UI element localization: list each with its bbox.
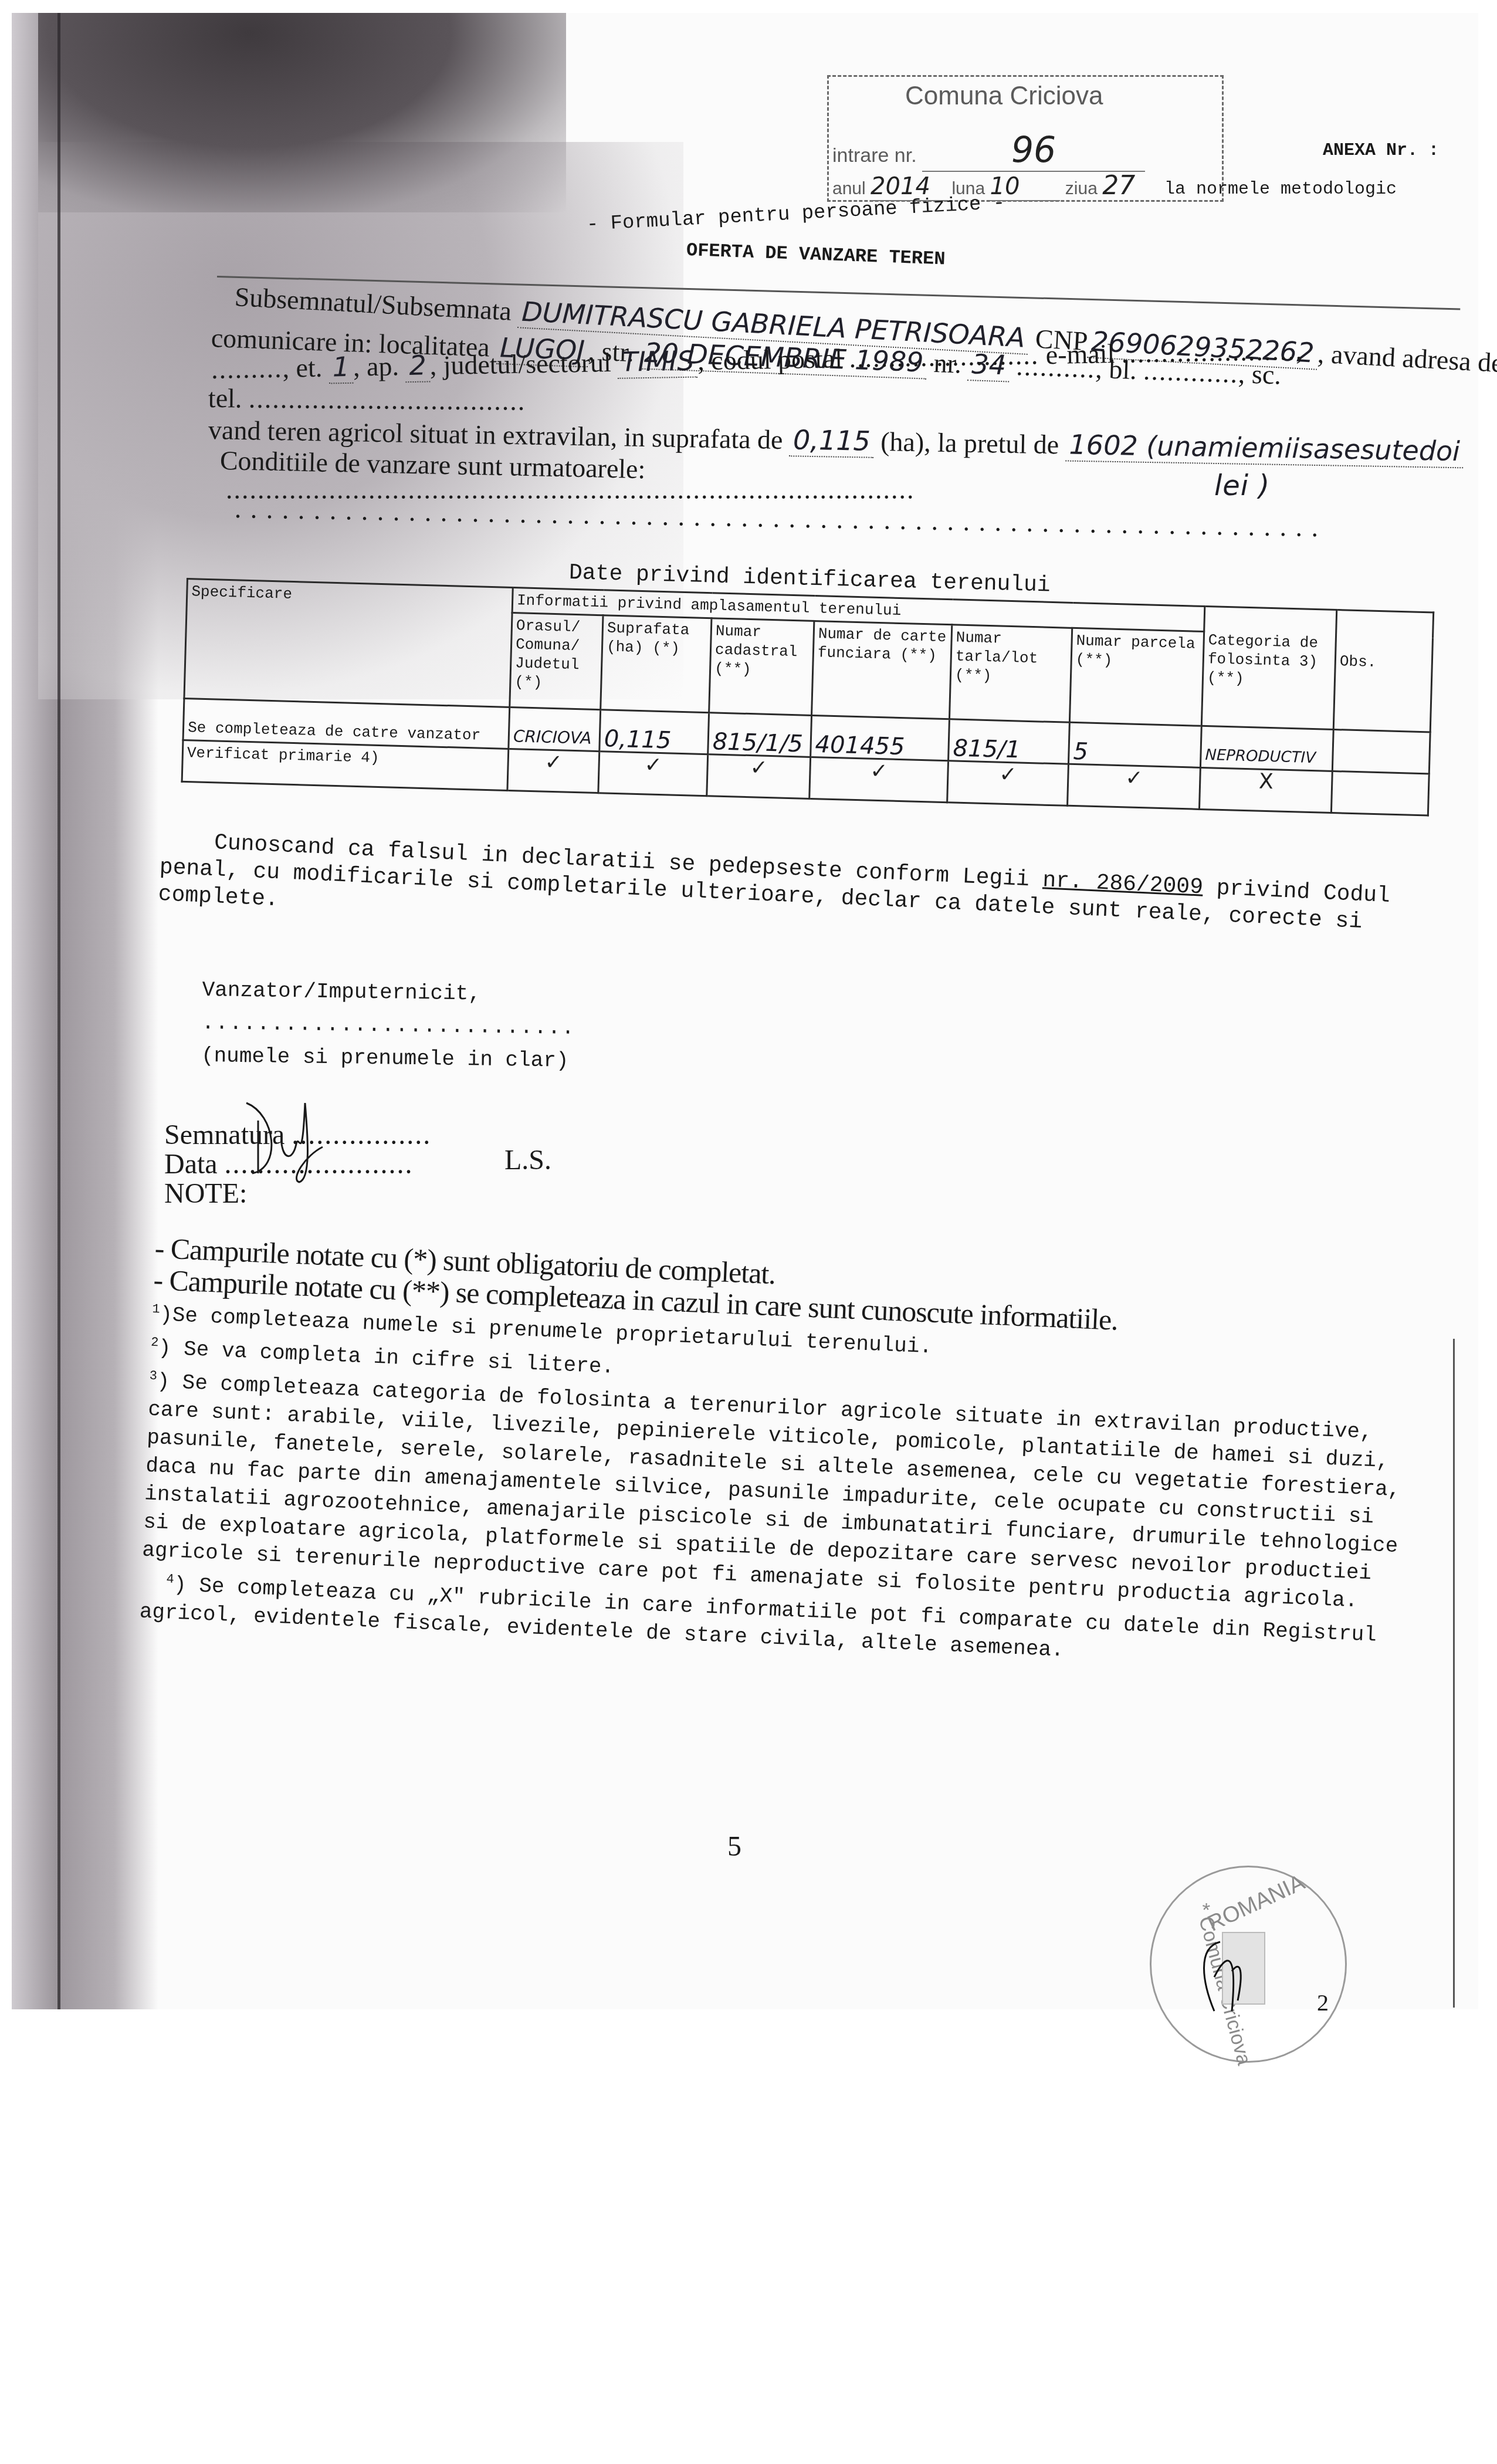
seal-mark: 2 xyxy=(1317,1989,1329,2016)
page-edge-line xyxy=(57,13,60,2009)
cell-parcel[interactable]: 5 xyxy=(1068,722,1201,767)
page-number: 5 xyxy=(727,1830,741,1863)
label-judet: judetul/sectorul xyxy=(443,347,611,380)
phone-line: tel. ................................... xyxy=(208,383,526,417)
cell-cadastral[interactable]: 815/1/5 xyxy=(708,713,812,757)
col-parcel-header: Numar parcela (**) xyxy=(1069,628,1204,726)
stamp-year-label: anul xyxy=(832,179,866,198)
col-spec-header: Specificare xyxy=(184,579,513,708)
stamp-day: 27 xyxy=(1102,171,1135,201)
handwritten-signature-icon xyxy=(235,1091,340,1185)
phone-field[interactable]: ................................... xyxy=(249,384,526,416)
postal-code-field[interactable]: ........................ xyxy=(849,340,1039,373)
stamp-day-label: ziua xyxy=(1065,179,1098,198)
apartment-field[interactable]: 2 xyxy=(405,349,430,383)
seal-placeholder-ls: L.S. xyxy=(504,1144,551,1176)
col-city-header: Orasul/ Comuna/ Judetul (*) xyxy=(510,613,603,710)
land-table-wrap: Specificare Informatii privind amplasame… xyxy=(181,578,1435,816)
price-field-continuation: lei ) xyxy=(1214,469,1270,502)
date-label: Data xyxy=(164,1149,218,1180)
footnote-number: 2 xyxy=(151,1335,159,1351)
col-surface-header: Suprafata (ha) (*) xyxy=(601,615,712,713)
cell-tarla[interactable]: 815/1 xyxy=(949,719,1070,764)
seller-block: Vanzator/Imputernicit, .................… xyxy=(201,974,577,1078)
cell-surface[interactable]: 0,115 xyxy=(600,710,709,754)
label-price: (ha), la pretul de xyxy=(880,427,1059,459)
col-cadastral-header: Numar cadastral (**) xyxy=(709,618,814,716)
label-postal-code: codul postal xyxy=(711,343,842,375)
cell-city[interactable]: CRICIOVA xyxy=(509,707,601,751)
seller-label: Vanzator/Imputernicit, xyxy=(202,974,576,1012)
stamp-entry-number: 96 xyxy=(1011,130,1056,171)
stamp-entry-row: intrare nr. 96 xyxy=(832,130,1145,172)
col-tarla-header: Numar tarla/lot (**) xyxy=(949,625,1072,722)
surface-field[interactable]: 0,115 xyxy=(790,424,875,458)
footnote-number: 1 xyxy=(152,1302,160,1317)
floor-field[interactable]: 1 xyxy=(328,351,353,384)
check-mark-tarla[interactable]: ✓ xyxy=(947,761,1069,806)
footnote-number: 3 xyxy=(149,1369,157,1384)
seller-name-field[interactable]: ........................... xyxy=(201,1007,575,1045)
stamp-title: Comuna Criciova xyxy=(905,82,1103,111)
check-mark-city[interactable]: ✓ xyxy=(507,749,600,793)
cell-category[interactable]: NEPRODUCTIV xyxy=(1200,726,1333,771)
seller-name-hint: (numele si prenumele in clar) xyxy=(201,1040,575,1078)
annex-number: ANEXA Nr. : xyxy=(1323,141,1439,161)
row-label-verified: Verificat primarie 4) xyxy=(182,740,509,790)
cell-land-book[interactable]: 401455 xyxy=(811,715,950,760)
county-field[interactable]: TIMIS xyxy=(618,345,698,379)
price-field[interactable]: 1602 (unamiemiisasesutedoi xyxy=(1065,429,1464,469)
land-identification-table: Specificare Informatii privind amplasame… xyxy=(181,578,1435,816)
notes-section: - Campurile notate cu (*) sunt obligator… xyxy=(139,1232,1421,1679)
x-mark-category[interactable]: X xyxy=(1199,767,1332,813)
official-signature-icon xyxy=(1197,1936,1267,2012)
check-mark-parcel[interactable]: ✓ xyxy=(1068,764,1201,809)
label-tel: tel. xyxy=(208,383,242,413)
scan-shadow-top xyxy=(38,13,566,212)
check-mark-land-book[interactable]: ✓ xyxy=(810,757,949,802)
col-obs-header: Obs. xyxy=(1333,610,1433,732)
col-land-book-header: Numar de carte funciara (**) xyxy=(812,621,952,719)
label-email: e-mail xyxy=(1045,339,1115,370)
label-et: et. xyxy=(296,353,323,383)
email-field[interactable]: ...................... xyxy=(1121,336,1296,368)
page-edge-right xyxy=(1453,1339,1455,2008)
methodology-norms: la normele metodologic xyxy=(1164,180,1397,199)
label-ap: ap. xyxy=(367,351,399,381)
cell-obs[interactable] xyxy=(1332,729,1430,773)
check-mark-cadastral[interactable]: ✓ xyxy=(707,754,811,799)
seal-country: ROMANIA xyxy=(1204,1870,1309,1937)
col-category-header: Categoria de folosinta 3) (**) xyxy=(1201,606,1336,729)
stamp-entry-label: intrare nr. xyxy=(832,144,917,167)
check-mark-obs[interactable] xyxy=(1331,771,1429,815)
check-mark-surface[interactable]: ✓ xyxy=(598,752,708,796)
